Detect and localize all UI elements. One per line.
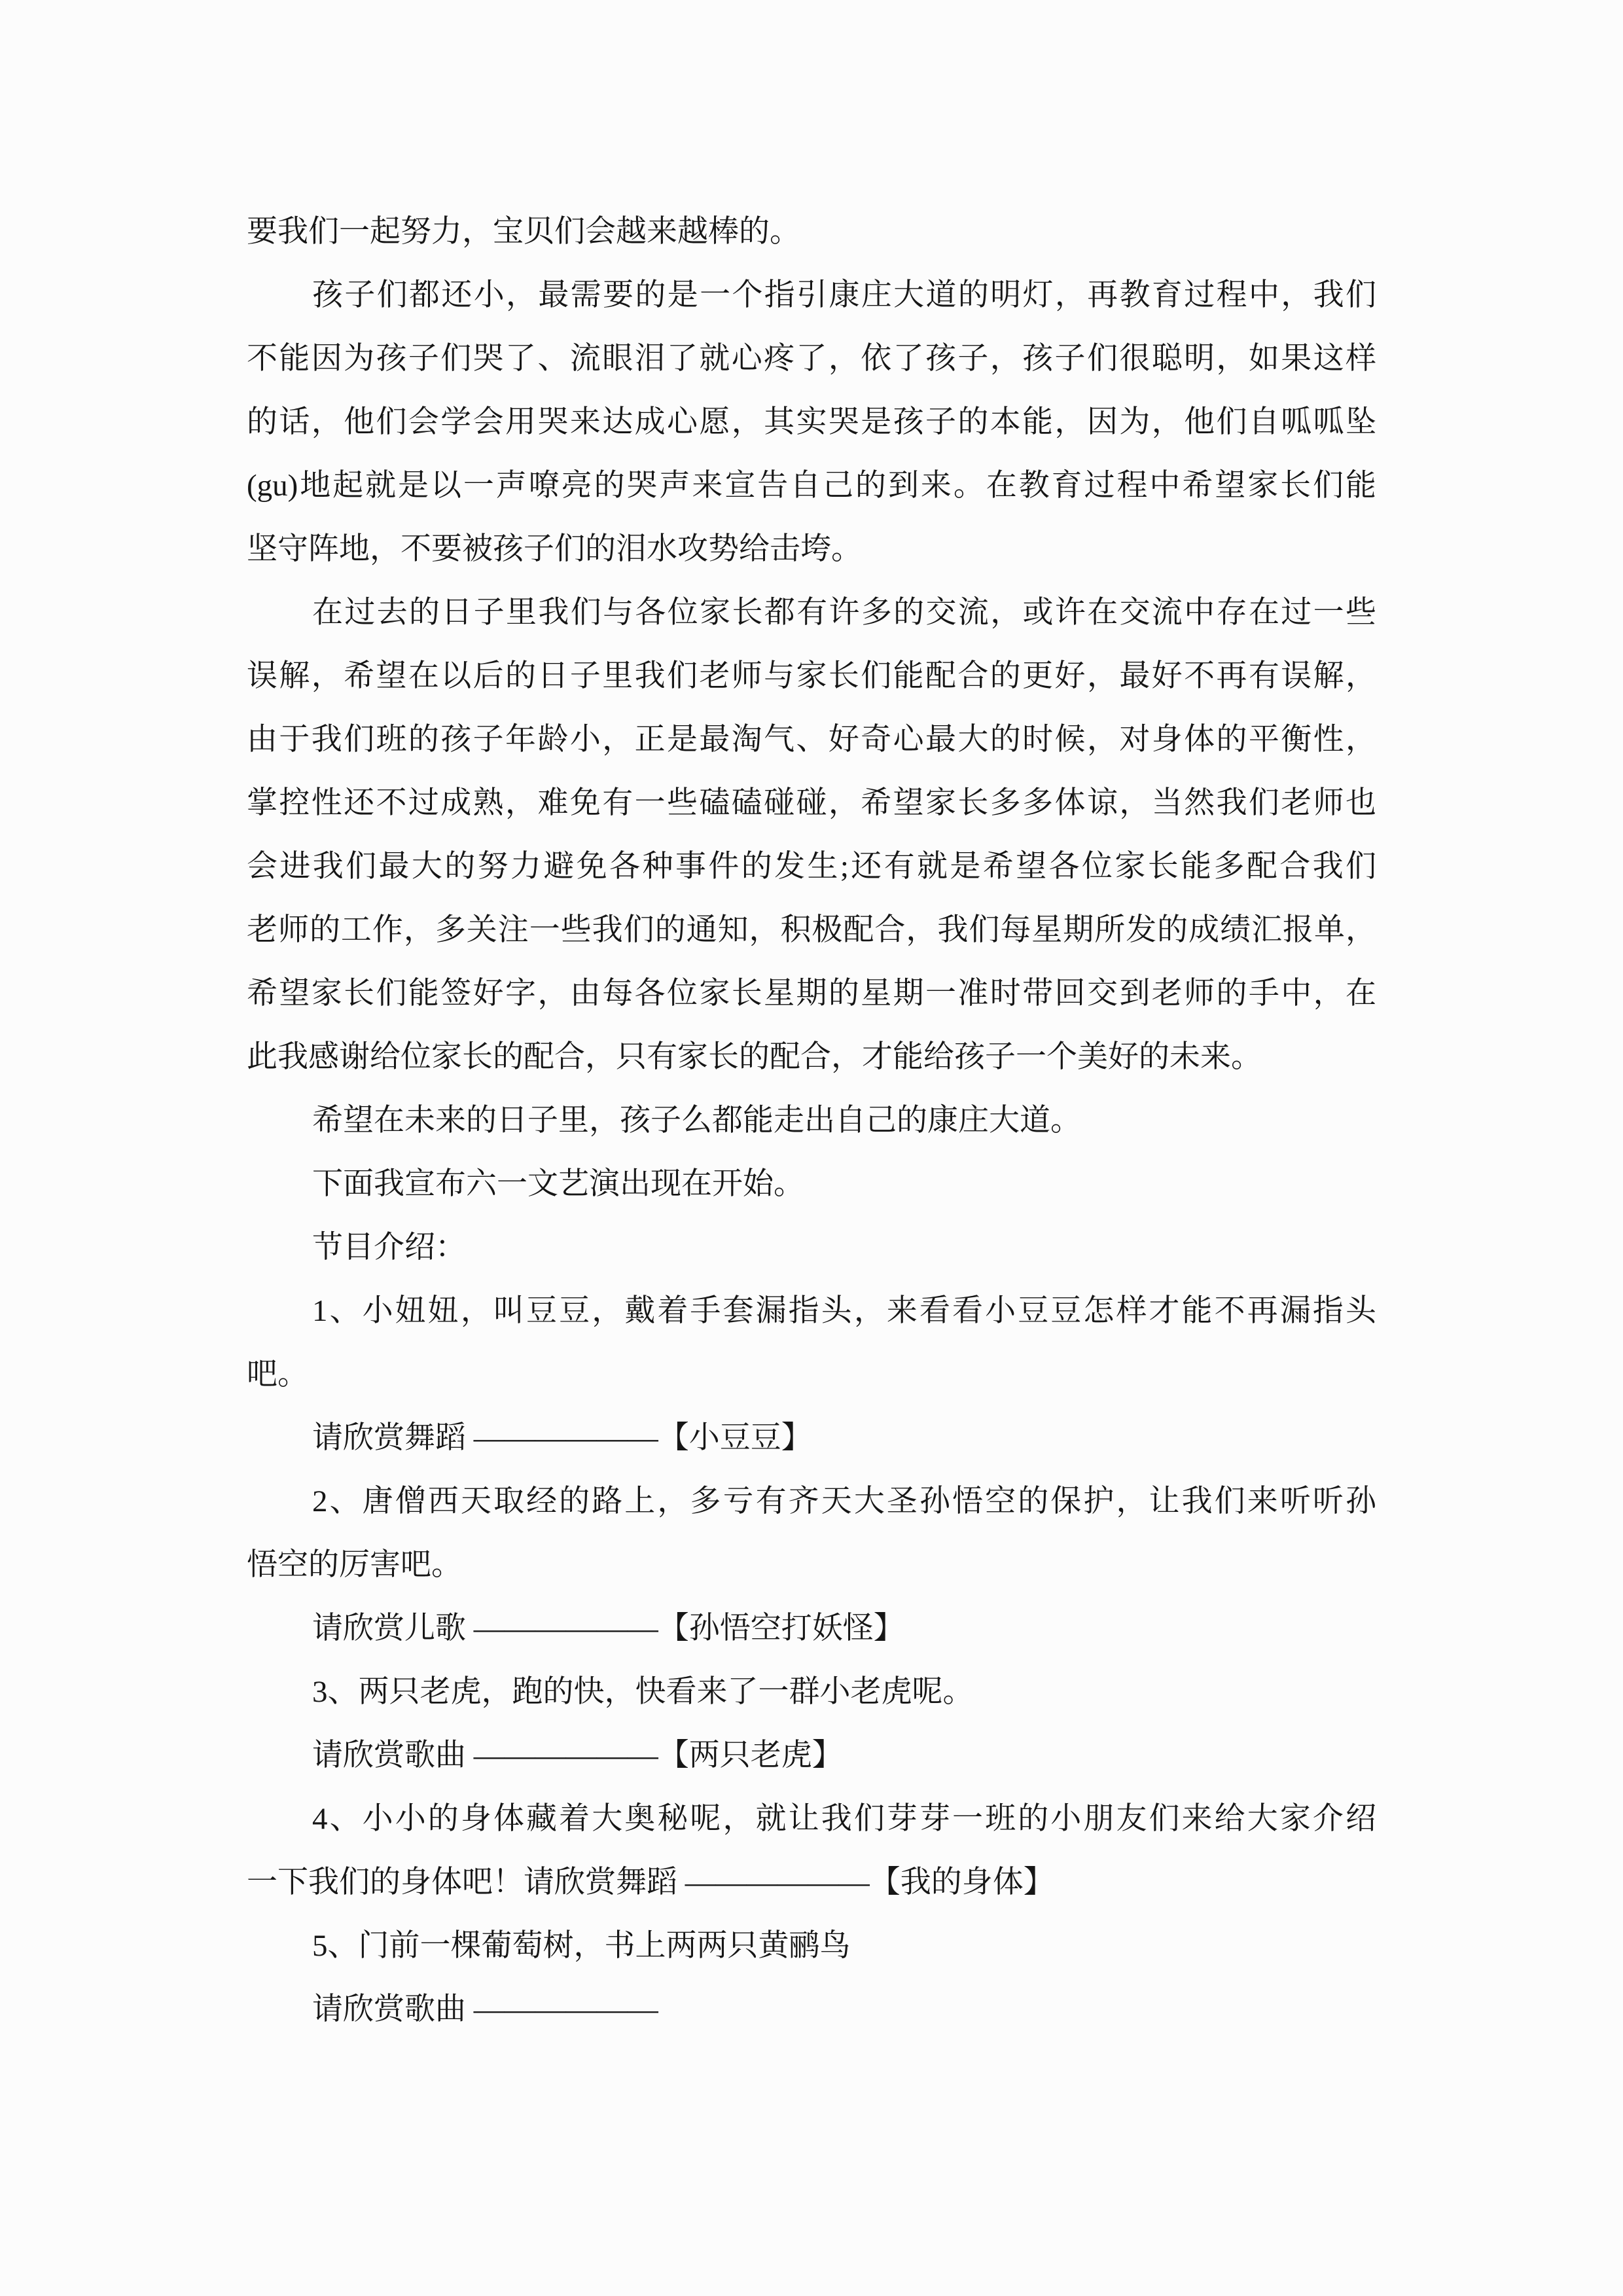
text-line: 的话，他们会学会用哭来达成心愿，其实哭是孩子的本能，因为，他们自呱呱坠	[247, 391, 1376, 454]
text-line: 下面我宣布六一文艺演出现在开始。	[247, 1153, 1376, 1216]
text-line: 坚守阵地，不要被孩子们的泪水攻势给击垮。	[247, 518, 1376, 581]
document-body: 要我们一起努力，宝贝们会越来越棒的。孩子们都还小，最需要的是一个指引康庄大道的明…	[247, 200, 1376, 2041]
text-line: 一下我们的身体吧！请欣赏舞蹈 ——————【我的身体】	[247, 1851, 1376, 1914]
text-line: 由于我们班的孩子年龄小，正是最淘气、好奇心最大的时候，对身体的平衡性，	[247, 708, 1376, 772]
text-line: 吧。	[247, 1343, 1376, 1407]
text-line: 请欣赏儿歌 ——————【孙悟空打妖怪】	[247, 1597, 1376, 1660]
text-line: 节目介绍：	[247, 1216, 1376, 1280]
text-line: 在过去的日子里我们与各位家长都有许多的交流，或许在交流中存在过一些	[247, 581, 1376, 645]
text-line: 请欣赏舞蹈 ——————【小豆豆】	[247, 1407, 1376, 1470]
text-line: 老师的工作，多关注一些我们的通知，积极配合，我们每星期所发的成绩汇报单，	[247, 899, 1376, 962]
text-line: 5、门前一棵葡萄树，书上两两只黄鹂鸟	[247, 1914, 1376, 1978]
text-line: 要我们一起努力，宝贝们会越来越棒的。	[247, 200, 1376, 264]
text-line: 1、小妞妞，叫豆豆，戴着手套漏指头，来看看小豆豆怎样才能不再漏指头	[247, 1280, 1376, 1343]
text-line: 请欣赏歌曲 ——————【两只老虎】	[247, 1724, 1376, 1787]
text-line: (gu)地起就是以一声嘹亮的哭声来宣告自己的到来。在教育过程中希望家长们能	[247, 454, 1376, 518]
text-line: 希望在未来的日子里，孩子么都能走出自己的康庄大道。	[247, 1089, 1376, 1153]
text-line: 孩子们都还小，最需要的是一个指引康庄大道的明灯，再教育过程中，我们	[247, 264, 1376, 327]
text-line: 会进我们最大的努力避免各种事件的发生;还有就是希望各位家长能多配合我们	[247, 835, 1376, 899]
text-line: 此我感谢给位家长的配合，只有家长的配合，才能给孩子一个美好的未来。	[247, 1026, 1376, 1089]
text-line: 4、小小的身体藏着大奥秘呢，就让我们芽芽一班的小朋友们来给大家介绍	[247, 1787, 1376, 1851]
text-line: 误解，希望在以后的日子里我们老师与家长们能配合的更好，最好不再有误解，	[247, 645, 1376, 708]
document-page: 要我们一起努力，宝贝们会越来越棒的。孩子们都还小，最需要的是一个指引康庄大道的明…	[0, 0, 1623, 2296]
text-line: 悟空的厉害吧。	[247, 1534, 1376, 1597]
text-line: 请欣赏歌曲 ——————	[247, 1978, 1376, 2041]
text-line: 2、唐僧西天取经的路上，多亏有齐天大圣孙悟空的保护，让我们来听听孙	[247, 1470, 1376, 1534]
text-line: 掌控性还不过成熟，难免有一些磕磕碰碰，希望家长多多体谅，当然我们老师也	[247, 772, 1376, 835]
text-line: 3、两只老虎，跑的快，快看来了一群小老虎呢。	[247, 1660, 1376, 1724]
text-line: 希望家长们能签好字，由每各位家长星期的星期一准时带回交到老师的手中，在	[247, 962, 1376, 1026]
text-line: 不能因为孩子们哭了、流眼泪了就心疼了，依了孩子，孩子们很聪明，如果这样	[247, 327, 1376, 391]
